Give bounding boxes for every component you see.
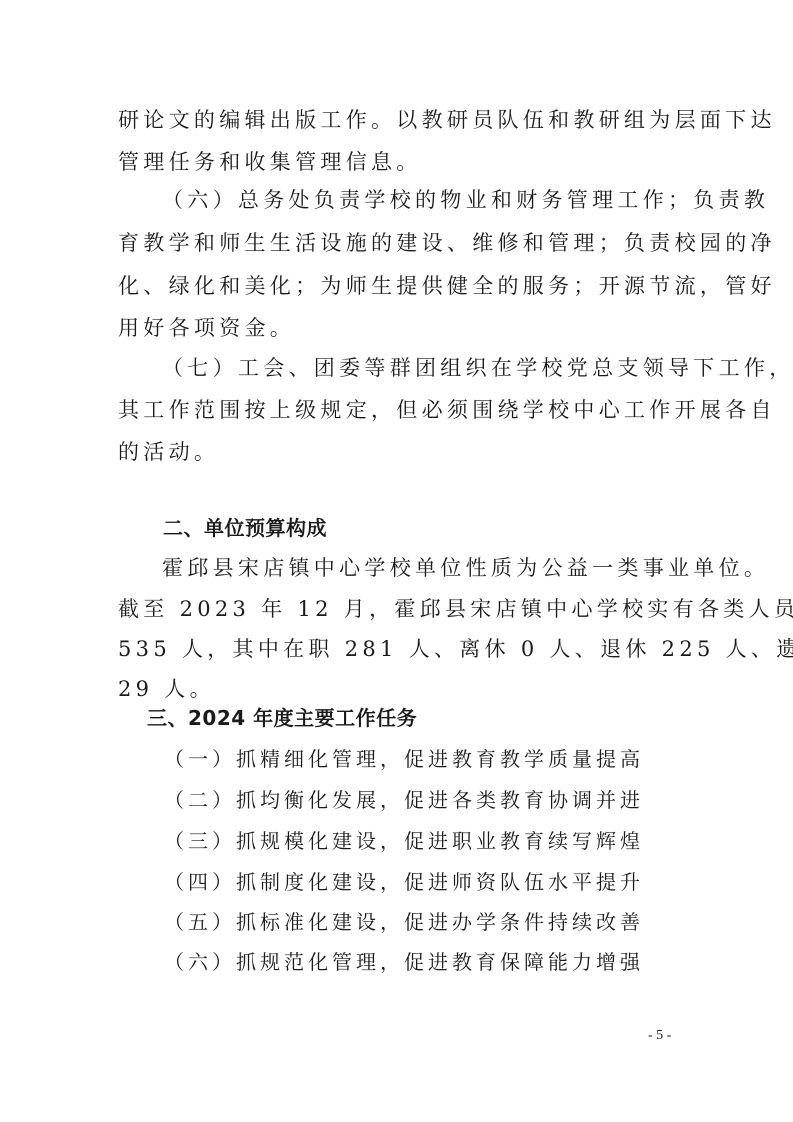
task-item: （三）抓规模化建设，促进职业教育续写辉煌: [164, 831, 644, 851]
paragraph-line: 化、绿化和美化；为师生提供健全的服务；开源节流，管好: [118, 276, 776, 297]
section-heading-tasks: 三、2024 年度主要工作任务: [147, 708, 417, 728]
paragraph-line: 其工作范围按上级规定，但必须围绕学校中心工作开展各自: [118, 400, 776, 421]
task-item: （四）抓制度化建设，促进师资队伍水平提升: [164, 872, 644, 892]
paragraph-line: 育教学和师生生活设施的建设、维修和管理；负责校园的净: [118, 233, 776, 254]
section-heading-budget: 二、单位预算构成: [163, 518, 327, 538]
paragraph-line: 的活动。: [118, 442, 219, 463]
paragraph-line: 霍邱县宋店镇中心学校单位性质为公益一类事业单位。: [162, 558, 769, 579]
page-number: - 5 -: [648, 1028, 671, 1044]
task-item: （二）抓均衡化发展，促进各类教育协调并进: [164, 790, 644, 810]
task-item: （五）抓标准化建设，促进办学条件持续改善: [164, 912, 644, 932]
paragraph-line: 535 人，其中在职 281 人、离休 0 人、退休 225 人、遗属: [118, 639, 793, 660]
task-item: （六）抓规范化管理，促进教育保障能力增强: [164, 952, 644, 972]
paragraph-line: 29 人。: [118, 679, 215, 700]
paragraph-line: 研论文的编辑出版工作。以教研员队伍和教研组为层面下达: [118, 110, 776, 131]
paragraph-line: （七）工会、团委等群团组织在学校党总支领导下工作，: [162, 358, 793, 379]
paragraph-line: （六）总务处负责学校的物业和财务管理工作；负责教: [162, 190, 769, 211]
task-item: （一）抓精细化管理，促进教育教学质量提高: [164, 749, 644, 769]
paragraph-line: 用好各项资金。: [118, 318, 295, 339]
paragraph-line: 管理任务和收集管理信息。: [118, 152, 422, 173]
paragraph-line: 截至 2023 年 12 月，霍邱县宋店镇中心学校实有各类人员: [118, 599, 793, 620]
